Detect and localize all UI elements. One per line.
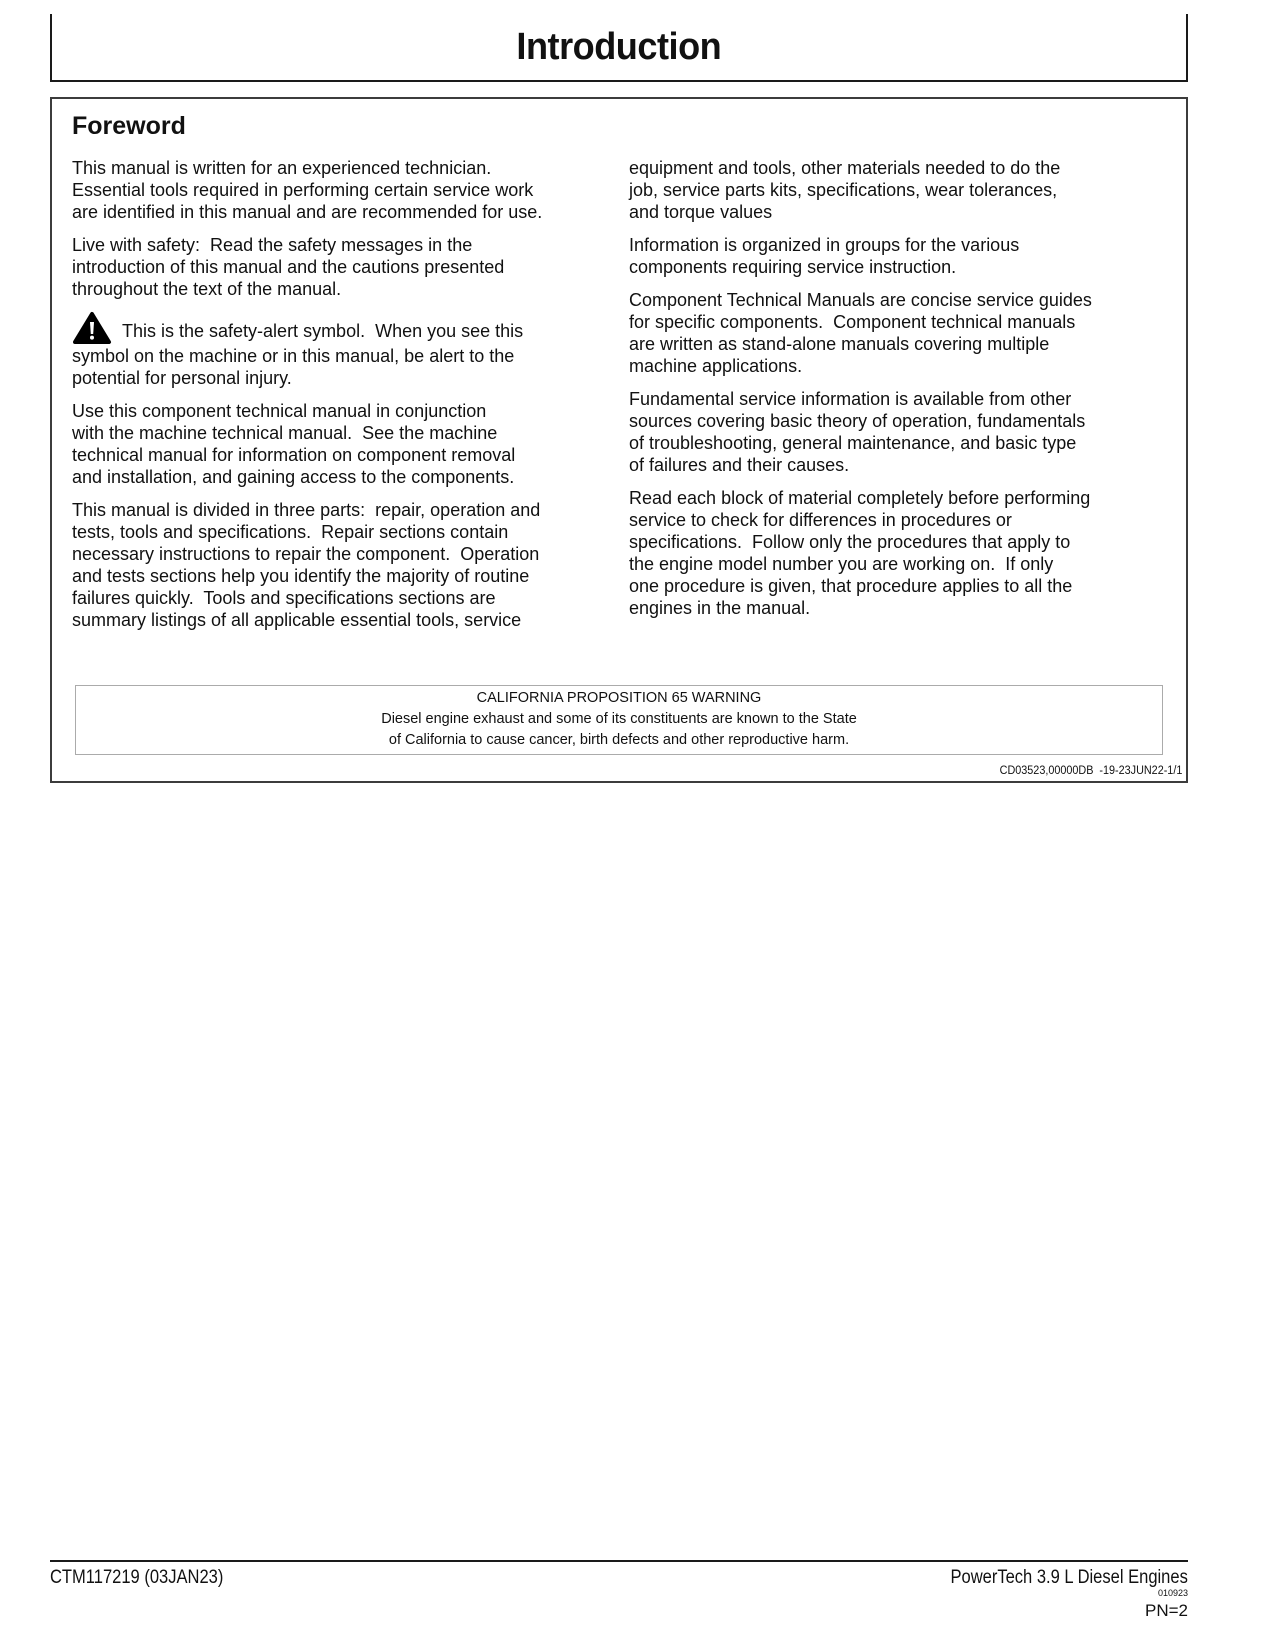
foreword-heading: Foreword [72,111,1186,141]
text-line: Component Technical Manuals are concise … [629,289,1160,311]
text-line: symbol on the machine or in this manual,… [72,345,603,367]
text-line: for specific components. Component techn… [629,311,1160,333]
text-line: introduction of this manual and the caut… [72,256,603,278]
text-line: components requiring service instruction… [629,256,1160,278]
text-line: the engine model number you are working … [629,553,1160,575]
text-line: Fundamental service information is avail… [629,388,1160,410]
text-line: Information is organized in groups for t… [629,234,1160,256]
footer-product-name: PowerTech 3.9 L Diesel Engines [951,1567,1188,1589]
text-line: and torque values [629,201,1160,223]
text-line: Use this component technical manual in c… [72,400,603,422]
text-line: and installation, and gaining access to … [72,466,603,488]
text-line: machine applications. [629,355,1160,377]
text-line: of failures and their causes. [629,454,1160,476]
body-paragraph: Component Technical Manuals are concise … [629,289,1160,377]
text-line: sources covering basic theory of operati… [629,410,1160,432]
text-line: throughout the text of the manual. [72,278,603,300]
text-line: and tests sections help you identify the… [72,565,603,587]
text-line: This is the safety-alert symbol. When yo… [72,311,603,345]
warning-title: CALIFORNIA PROPOSITION 65 WARNING [76,688,1162,709]
text-line: specifications. Follow only the procedur… [629,531,1160,553]
block-reference-code: CD03523,00000DB -19-23JUN22-1/1 [999,765,1182,777]
foreword-section: Foreword This manual is written for an e… [50,97,1188,783]
body-paragraph: Live with safety: Read the safety messag… [72,234,603,300]
text-line: equipment and tools, other materials nee… [629,157,1160,179]
two-column-text: This manual is written for an experience… [72,157,1160,642]
footer-print-code: 010923 [50,1588,1188,1598]
body-paragraph: Read each block of material completely b… [629,487,1160,619]
body-paragraph: This manual is divided in three parts: r… [72,499,603,631]
text-line: engines in the manual. [629,597,1160,619]
manual-page: Introduction Foreword This manual is wri… [0,0,1275,1650]
footer-doc-number: CTM117219 (03JAN23) [50,1567,223,1589]
text-line: of troubleshooting, general maintenance,… [629,432,1160,454]
text-line: Live with safety: Read the safety messag… [72,234,603,256]
text-line: Essential tools required in performing c… [72,179,603,201]
text-line: with the machine technical manual. See t… [72,422,603,444]
text-line: tests, tools and specifications. Repair … [72,521,603,543]
text-line: summary listings of all applicable essen… [72,609,603,631]
body-paragraph: This is the safety-alert symbol. When yo… [72,311,603,389]
body-paragraph: Fundamental service information is avail… [629,388,1160,476]
safety-alert-icon [72,311,112,345]
footer-page-number: PN=2 [50,1601,1188,1621]
body-paragraph: equipment and tools, other materials nee… [629,157,1160,223]
text-line: This manual is divided in three parts: r… [72,499,603,521]
page-footer: CTM117219 (03JAN23) PowerTech 3.9 L Dies… [50,1560,1188,1621]
text-line: one procedure is given, that procedure a… [629,575,1160,597]
text-line: necessary instructions to repair the com… [72,543,603,565]
text-line: service to check for differences in proc… [629,509,1160,531]
text-line: Read each block of material completely b… [629,487,1160,509]
body-paragraph: Information is organized in groups for t… [629,234,1160,278]
body-paragraph: This manual is written for an experience… [72,157,603,223]
footer-row: CTM117219 (03JAN23) PowerTech 3.9 L Dies… [50,1562,1188,1589]
page-header: Introduction [50,14,1188,82]
text-line: failures quickly. Tools and specificatio… [72,587,603,609]
body-paragraph: Use this component technical manual in c… [72,400,603,488]
text-line: potential for personal injury. [72,367,603,389]
page-title: Introduction [517,26,722,69]
right-column: equipment and tools, other materials nee… [629,157,1160,642]
text-line: This manual is written for an experience… [72,157,603,179]
warning-line-2: of California to cause cancer, birth def… [76,730,1162,751]
prop65-warning-box: CALIFORNIA PROPOSITION 65 WARNING Diesel… [75,685,1163,755]
left-column: This manual is written for an experience… [72,157,603,642]
text-line: job, service parts kits, specifications,… [629,179,1160,201]
text-line: are written as stand-alone manuals cover… [629,333,1160,355]
warning-line-1: Diesel engine exhaust and some of its co… [76,709,1162,730]
text-line: technical manual for information on comp… [72,444,603,466]
text-line: are identified in this manual and are re… [72,201,603,223]
